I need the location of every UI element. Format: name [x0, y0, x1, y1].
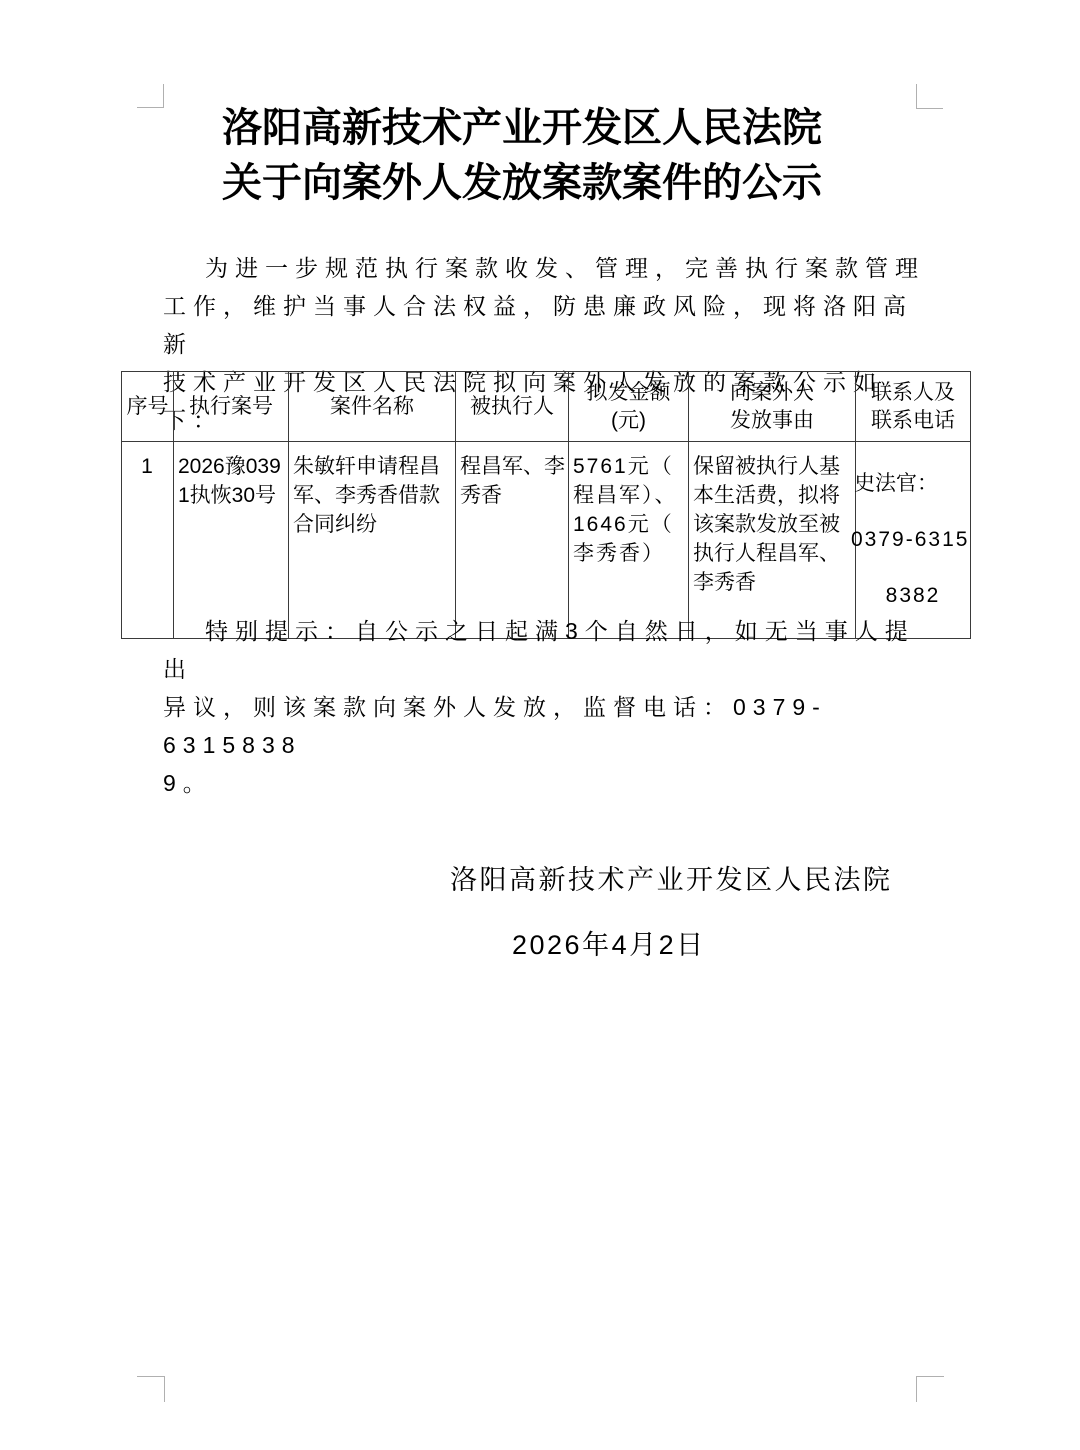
court-signature: 洛阳高新技术产业开发区人民法院 — [450, 858, 893, 897]
header-reason: 向案外人 发放事由 — [689, 372, 856, 442]
cell-executee: 程昌军、李 秀香 — [456, 442, 569, 639]
header-executee: 被执行人 — [456, 372, 569, 442]
document-page: 洛阳高新技术产业开发区人民法院 关于向案外人发放案款案件的公示 为进一步规范执行… — [0, 0, 1080, 1450]
document-date: 2026年4月2日 — [512, 923, 706, 962]
contact-name: 史法官： — [854, 470, 970, 498]
header-case-no: 执行案号 — [174, 372, 289, 442]
table-header-row: 序号 执行案号 案件名称 被执行人 拟发金额 (元) 向案外人 发放事由 联系人… — [122, 372, 971, 442]
header-contact: 联系人及 联系电话 — [856, 372, 971, 442]
case-table: 序号 执行案号 案件名称 被执行人 拟发金额 (元) 向案外人 发放事由 联系人… — [121, 371, 971, 639]
cell-amount: 5761元（ 程昌军）、 1646元（ 李秀香） — [569, 442, 689, 639]
cell-contact: 史法官： 0379-6315 8382 — [856, 442, 971, 639]
cell-case-no: 2026豫039 1执恢30号 — [174, 442, 289, 639]
crop-mark-bottom-left — [137, 1376, 165, 1402]
contact-phone-line1: 0379-6315 — [851, 526, 970, 554]
cell-reason: 保留被执行人基 本生活费，拟将 该案款发放至被 执行人程昌军、 李秀香 — [689, 442, 856, 639]
crop-mark-bottom-right — [916, 1376, 944, 1402]
header-case-name: 案件名称 — [289, 372, 456, 442]
contact-phone-line2: 8382 — [856, 582, 970, 610]
note-paragraph: 特别提示：自公示之日起满3个自然日，如无当事人提出 异议，则该案款向案外人发放，… — [163, 612, 941, 802]
table-row: 1 2026豫039 1执恢30号 朱敏轩申请程昌 军、李秀香借款 合同纠纷 程… — [122, 442, 971, 639]
cell-seq: 1 — [122, 442, 174, 639]
document-title: 洛阳高新技术产业开发区人民法院 关于向案外人发放案款案件的公示 — [0, 101, 1044, 211]
header-amount: 拟发金额 (元) — [569, 372, 689, 442]
header-seq: 序号 — [122, 372, 174, 442]
cell-case-name: 朱敏轩申请程昌 军、李秀香借款 合同纠纷 — [289, 442, 456, 639]
